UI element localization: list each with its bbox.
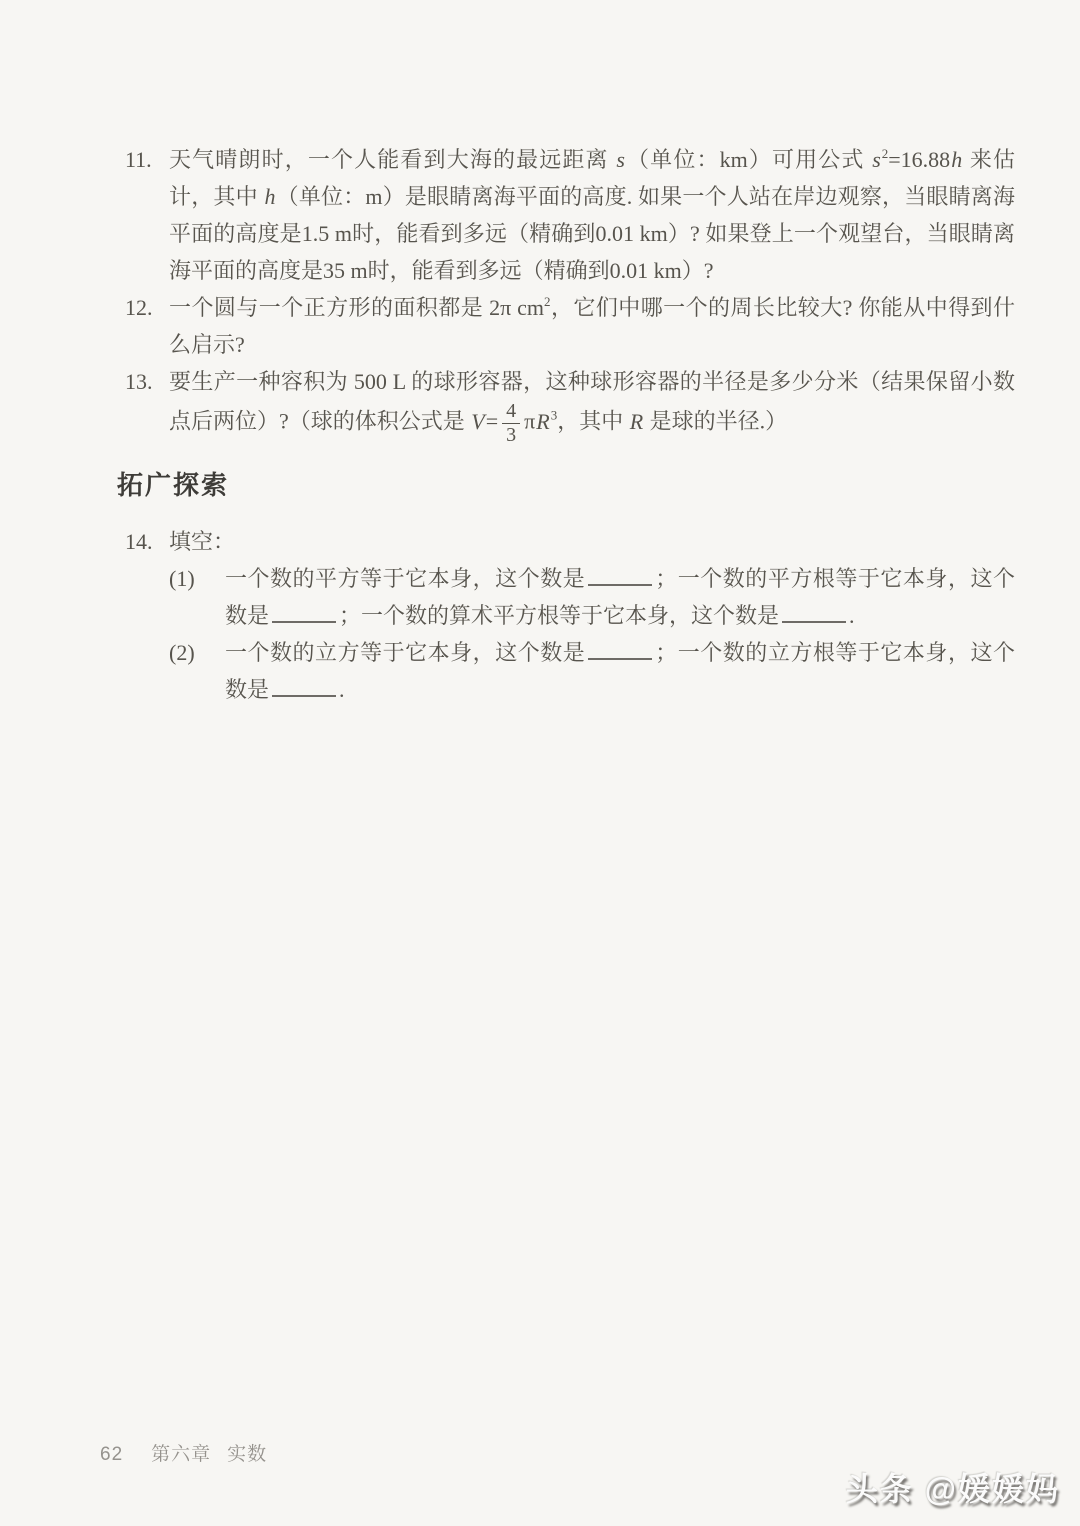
- problem-row: 12.一个圆与一个正方形的面积都是 2π cm2，它们中哪一个的周长比较大? 你…: [125, 289, 1015, 363]
- problem-number: 11.: [125, 141, 169, 178]
- math-variable: R: [535, 409, 550, 434]
- page-footer: 62第六章实数: [100, 1439, 267, 1466]
- problem-number: 13.: [125, 363, 169, 400]
- math-superscript: 3: [551, 408, 558, 423]
- math-superscript: 2: [882, 146, 889, 161]
- math-variable: R: [629, 409, 644, 434]
- answer-blank: [588, 568, 652, 586]
- problem-text: 要生产一种容积为 500 L 的球形容器，这种球形容器的半径是多少分米（结果保留…: [169, 363, 1015, 447]
- problem-text: 填空：(1)一个数的平方等于它本身，这个数是；一个数的平方根等于它本身，这个数是…: [169, 523, 1015, 708]
- problem-row: 13.要生产一种容积为 500 L 的球形容器，这种球形容器的半径是多少分米（结…: [125, 363, 1015, 447]
- scanned-textbook-page: { "colors":{ "bg":"#f7f6f3", "ink":"#575…: [0, 0, 1080, 1526]
- sub-item-marker: (1): [169, 560, 225, 597]
- answer-blank: [272, 679, 336, 697]
- sub-item-text: 一个数的平方等于它本身，这个数是；一个数的平方根等于它本身，这个数是；一个数的算…: [225, 560, 1015, 634]
- math-variable: s: [615, 147, 626, 172]
- sub-item: (2)一个数的立方等于它本身，这个数是；一个数的立方根等于它本身，这个数是.: [169, 634, 1015, 708]
- math-variable: s: [871, 147, 882, 172]
- chapter-label: 第六章: [151, 1444, 211, 1465]
- problem-text: 天气晴朗时，一个人能看到大海的最远距离 s（单位：km）可用公式 s2=16.8…: [169, 141, 1015, 289]
- extension-problem-list: 14.填空：(1)一个数的平方等于它本身，这个数是；一个数的平方根等于它本身，这…: [125, 523, 1015, 708]
- answer-blank: [272, 605, 336, 623]
- problem-number: 12.: [125, 289, 169, 326]
- problem-list: 11.天气晴朗时，一个人能看到大海的最远距离 s（单位：km）可用公式 s2=1…: [125, 141, 1015, 447]
- fraction-denominator: 3: [502, 423, 520, 447]
- answer-blank: [588, 642, 652, 660]
- problem-text: 一个圆与一个正方形的面积都是 2π cm2，它们中哪一个的周长比较大? 你能从中…: [169, 289, 1015, 363]
- math-variable: h: [950, 147, 963, 172]
- math-variable: V: [470, 409, 485, 434]
- problem-row: 14.填空：(1)一个数的平方等于它本身，这个数是；一个数的平方根等于它本身，这…: [125, 523, 1015, 708]
- math-fraction: 43: [502, 400, 520, 447]
- math-superscript: 2: [544, 294, 551, 309]
- page-number: 62: [100, 1444, 123, 1465]
- problem-row: 11.天气晴朗时，一个人能看到大海的最远距离 s（单位：km）可用公式 s2=1…: [125, 141, 1015, 289]
- sub-item-text: 一个数的立方等于它本身，这个数是；一个数的立方根等于它本身，这个数是.: [225, 634, 1015, 708]
- watermark-text: 头条 @媛媛妈: [846, 1464, 1060, 1510]
- answer-blank: [782, 605, 846, 623]
- fraction-numerator: 4: [502, 400, 520, 423]
- chapter-title: 实数: [227, 1444, 267, 1465]
- sub-item-marker: (2): [169, 634, 225, 671]
- problem-number: 14.: [125, 523, 169, 560]
- section-header: 拓广探索: [117, 470, 1015, 500]
- math-variable: h: [263, 184, 276, 209]
- exercise-content: 11.天气晴朗时，一个人能看到大海的最远距离 s（单位：km）可用公式 s2=1…: [125, 141, 1015, 708]
- problem-title: 填空：: [169, 523, 1015, 560]
- sub-item: (1)一个数的平方等于它本身，这个数是；一个数的平方根等于它本身，这个数是；一个…: [169, 560, 1015, 634]
